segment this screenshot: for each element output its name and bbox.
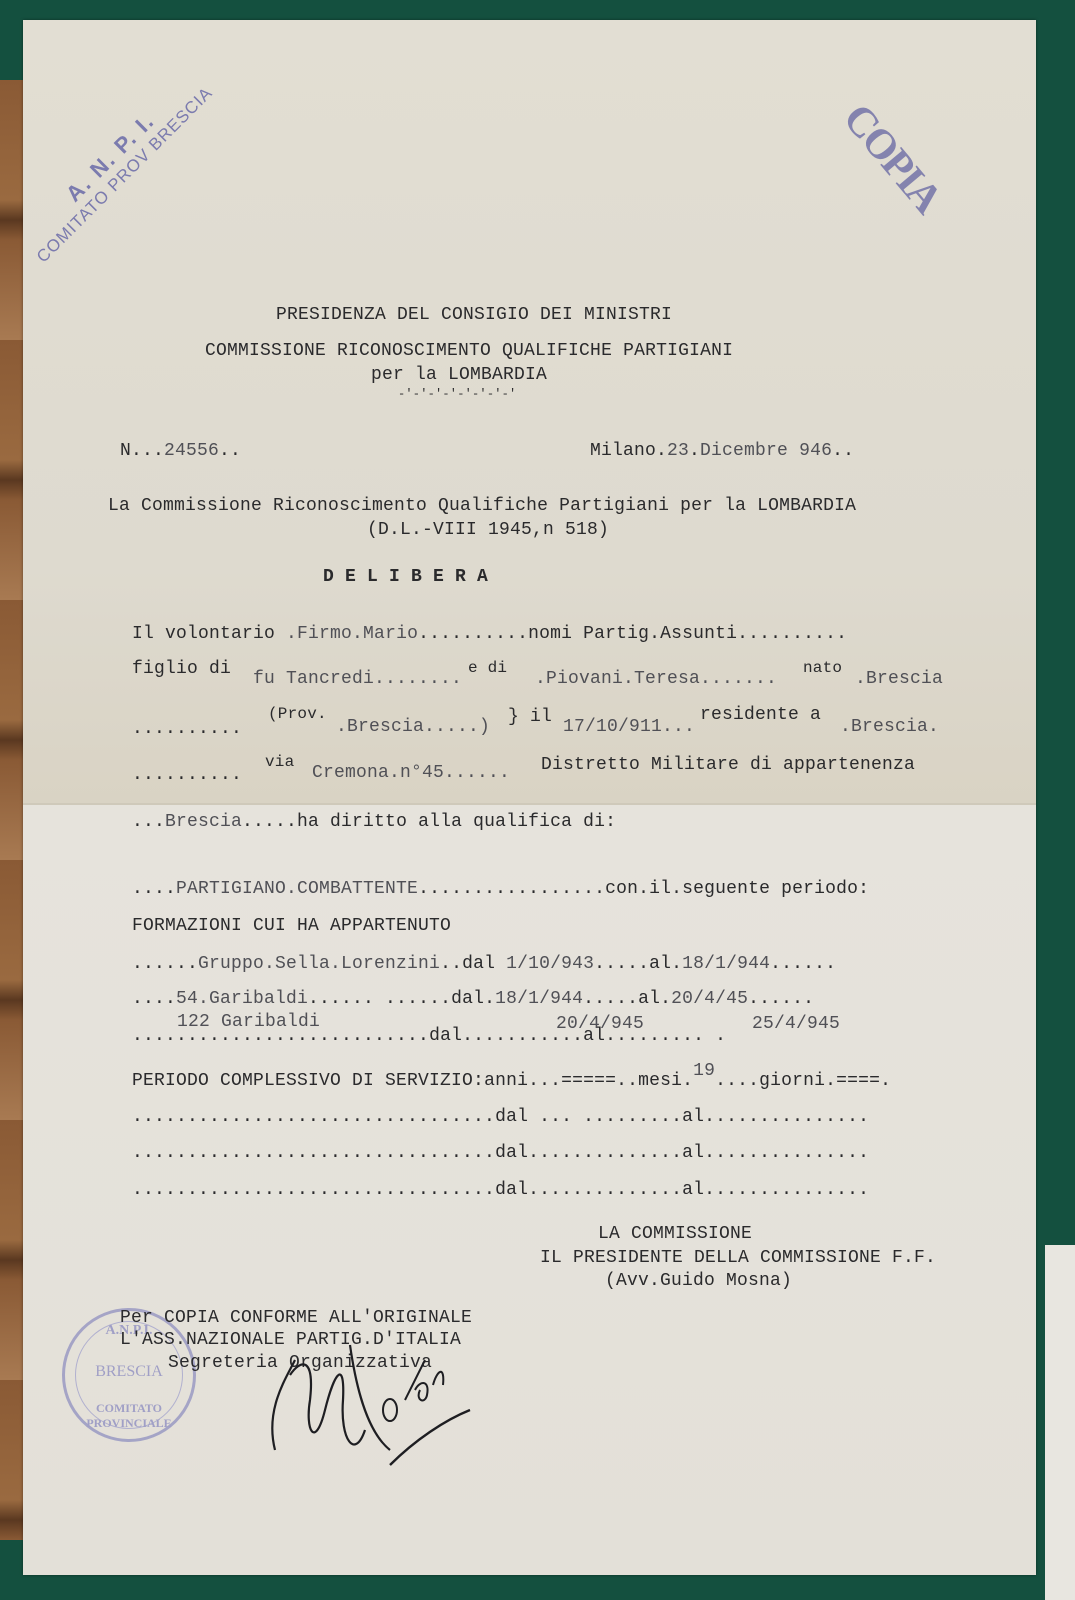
street-address: Cremona.n°45...... bbox=[312, 764, 510, 782]
formazione-row-dal: 20/4/945 bbox=[556, 1015, 644, 1033]
prov-dots: .......... bbox=[132, 720, 242, 738]
delibera-heading: D E L I B E R A bbox=[323, 568, 488, 586]
form-distretto-label: Distretto Militare di appartenenza bbox=[541, 756, 915, 774]
handwritten-signature-icon bbox=[255, 1340, 475, 1470]
residence-city: .Brescia. bbox=[840, 718, 939, 736]
formazione-row-al: 25/4/945 bbox=[752, 1015, 840, 1033]
birth-date: 17/10/911... bbox=[563, 718, 695, 736]
form-volontario: Il volontario .Firmo.Mario..........nomi… bbox=[132, 625, 847, 643]
intro-decree: (D.L.-VIII 1945,n 518) bbox=[367, 521, 609, 539]
form-via-label: via bbox=[265, 754, 294, 770]
mother-name: .Piovani.Teresa....... bbox=[535, 670, 777, 688]
formazione-row: ....54.Garibaldi...... ......dal.18/1/94… bbox=[132, 990, 814, 1008]
blank-period-row: .................................dal ...… bbox=[132, 1108, 869, 1126]
form-madre-label: e di bbox=[468, 660, 507, 676]
signature-commissione: LA COMMISSIONE bbox=[598, 1225, 752, 1243]
volontario-name: .Firmo.Mario bbox=[286, 624, 418, 644]
protocol-number: N...24556.. bbox=[120, 442, 241, 460]
header-presidenza: PRESIDENZA DEL CONSIGIO DEI MINISTRI bbox=[276, 306, 672, 324]
form-prov-label: (Prov. bbox=[268, 706, 327, 722]
form-nato-label: nato bbox=[803, 660, 842, 676]
form-qualifica: ....PARTIGIANO.COMBATTENTE..............… bbox=[132, 880, 869, 898]
formazione-row: ......Gruppo.Sella.Lorenzini..dal 1/10/9… bbox=[132, 955, 836, 973]
via-dots: .......... bbox=[132, 766, 242, 784]
header-lombardia: per la LOMBARDIA bbox=[371, 366, 547, 384]
form-residente-label: residente a bbox=[700, 706, 821, 724]
signature-name: (Avv.Guido Mosna) bbox=[605, 1272, 792, 1290]
anpi-round-stamp: A.N.P.I. BRESCIA COMITATO PROVINCIALE bbox=[62, 1308, 196, 1442]
periodo-complessivo: PERIODO COMPLESSIVO DI SERVIZIO:anni...=… bbox=[132, 1072, 891, 1090]
formazioni-title: FORMAZIONI CUI HA APPARTENUTO bbox=[132, 917, 451, 935]
intro-commissione: La Commissione Riconoscimento Qualifiche… bbox=[108, 497, 856, 515]
birth-province: .Brescia.....) bbox=[336, 718, 490, 736]
background-white-strip bbox=[1045, 1245, 1075, 1600]
birthplace: .Brescia bbox=[855, 670, 943, 688]
header-commissione: COMMISSIONE RICONOSCIMENTO QUALIFICHE PA… bbox=[205, 342, 733, 360]
form-distretto-value: ...Brescia.....ha diritto alla qualifica… bbox=[132, 813, 616, 831]
form-figlio-label: figlio di bbox=[132, 660, 231, 678]
blank-period-row: .................................dal....… bbox=[132, 1181, 869, 1199]
signature-presidente: IL PRESIDENTE DELLA COMMISSIONE F.F. bbox=[540, 1249, 936, 1267]
blank-period-row: .................................dal....… bbox=[132, 1144, 869, 1162]
qualifica-value: PARTIGIANO.COMBATTENTE bbox=[176, 879, 418, 899]
certification-line1: Per COPIA CONFORME ALL'ORIGINALE bbox=[120, 1309, 472, 1327]
form-il-label: } il bbox=[508, 708, 552, 726]
round-stamp-ring-text: COMITATO PROVINCIALE bbox=[65, 1401, 193, 1431]
header-divider: -'-'-'-'-'-'-'-' bbox=[398, 388, 516, 400]
place-date: Milano.23.Dicembre 946.. bbox=[590, 442, 854, 460]
father-name: fu Tancredi........ bbox=[253, 670, 462, 688]
